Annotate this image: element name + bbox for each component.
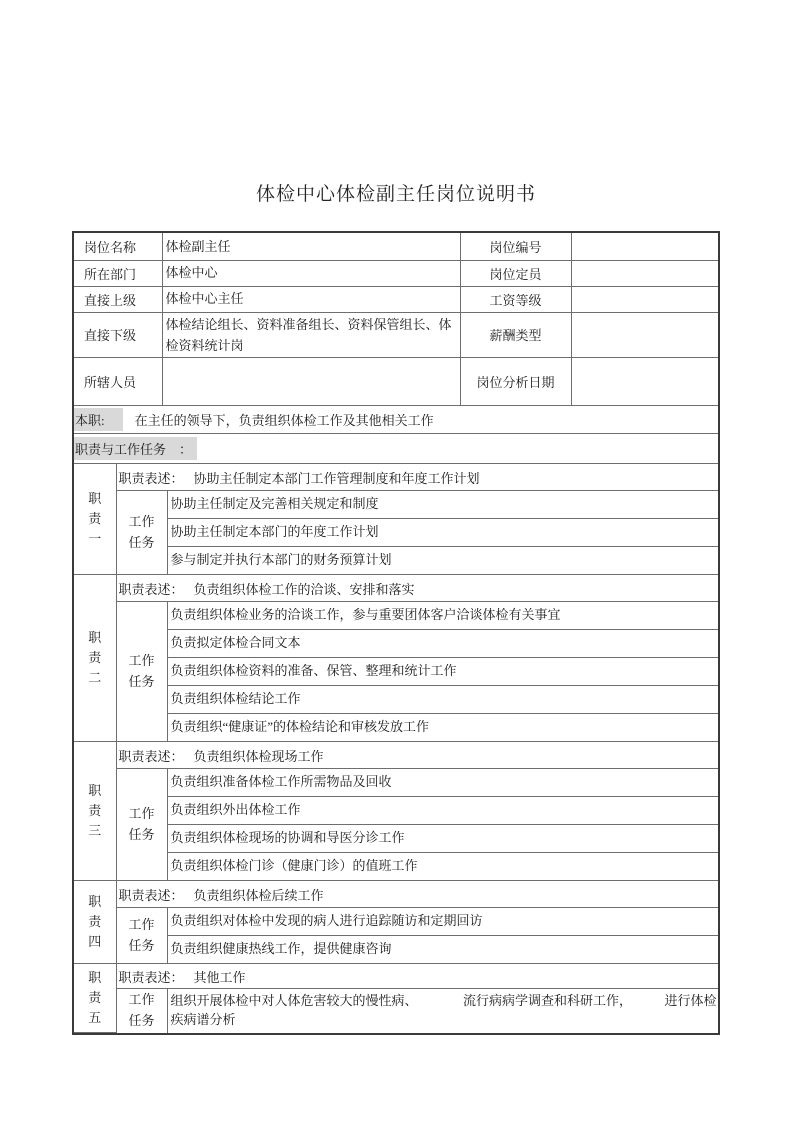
field-label: 薪酬类型 <box>460 312 571 358</box>
field-value <box>571 286 718 312</box>
field-label: 所辖人员 <box>74 358 162 406</box>
duty-3-description-cell: 职责表述：负责组织体检现场工作 <box>116 742 718 769</box>
duty-2-description: 负责组织体检工作的洽谈、安排和落实 <box>194 582 415 597</box>
duty-2-task-label-cell: 工作任务 <box>116 602 167 742</box>
table-row: 工作任务 负责组织对体检中发现的病人进行追踪随访和定期回访 <box>74 908 718 936</box>
table-row: 负责组织外出体检工作 <box>74 797 718 825</box>
table-row: 职责四 职责表述：负责组织体检后续工作 <box>74 881 718 908</box>
field-label: 工资等级 <box>460 286 571 312</box>
duties-table: 职责一 职责表述：协助主任制定本部门工作管理制度和年度工作计划 工作任务 协助主… <box>74 463 718 1033</box>
duties-section-label: 职责与工作任务 ： <box>74 437 197 460</box>
duty-desc-label: 职责表述： <box>119 471 184 486</box>
task-label: 工作任务 <box>127 990 157 1032</box>
field-label: 岗位定员 <box>460 260 571 286</box>
summary-text: 在主任的领导下，负责组织体检工作及其他相关工作 <box>135 410 434 429</box>
duty-3-task: 负责组织体检现场的协调和导医分诊工作 <box>167 825 718 853</box>
field-value: 体检中心 <box>162 260 460 286</box>
field-label: 直接上级 <box>74 286 162 312</box>
table-row: 职责一 职责表述：协助主任制定本部门工作管理制度和年度工作计划 <box>74 464 718 491</box>
table-row: 协助主任制定本部门的年度工作计划 <box>74 519 718 547</box>
field-value: 体检中心主任 <box>162 286 460 312</box>
table-row: 负责组织健康热线工作，提供健康咨询 <box>74 936 718 964</box>
duty-2-label-cell: 职责二 <box>74 575 116 742</box>
duty-2-task: 负责组织体检资料的准备、保管、整理和统计工作 <box>167 658 718 686</box>
duty-4-task-label-cell: 工作任务 <box>116 908 167 964</box>
table-row: 负责组织体检结论工作 <box>74 686 718 714</box>
field-label: 岗位名称 <box>74 233 162 260</box>
duty-1-description: 协助主任制定本部门工作管理制度和年度工作计划 <box>194 471 480 486</box>
table-row: 工作任务 负责组织准备体检工作所需物品及回收 <box>74 769 718 797</box>
field-value <box>571 312 718 358</box>
duty-2-description-cell: 职责表述：负责组织体检工作的洽谈、安排和落实 <box>116 575 718 602</box>
field-label: 直接下级 <box>74 312 162 358</box>
duty-1-label: 职责一 <box>87 489 102 549</box>
duty-5-description-cell: 职责表述：其他工作 <box>116 964 718 989</box>
duty-2-task: 负责拟定体检合同文本 <box>167 630 718 658</box>
field-label: 所在部门 <box>74 260 162 286</box>
table-row: 所在部门 体检中心 岗位定员 <box>74 260 718 286</box>
duty-3-label: 职责三 <box>87 781 102 841</box>
duty-4-label-cell: 职责四 <box>74 881 116 964</box>
duty-1-task: 协助主任制定及完善相关规定和制度 <box>167 491 718 519</box>
task-label: 工作任务 <box>127 915 157 957</box>
job-description-table: 岗位名称 体检副主任 岗位编号 所在部门 体检中心 岗位定员 直接上级 体检中心… <box>72 231 720 1035</box>
field-value: 体检结论组长、资料准备组长、资料保管组长、体检资料统计岗 <box>162 312 460 358</box>
field-value <box>571 260 718 286</box>
duty-5-label: 职责五 <box>87 968 102 1028</box>
task-label: 工作任务 <box>127 651 157 693</box>
duty-3-description: 负责组织体检现场工作 <box>194 749 324 764</box>
table-row: 职责五 职责表述：其他工作 <box>74 964 718 989</box>
duty-3-task: 负责组织外出体检工作 <box>167 797 718 825</box>
duty-3-task-label-cell: 工作任务 <box>116 769 167 881</box>
table-row: 职责二 职责表述：负责组织体检工作的洽谈、安排和落实 <box>74 575 718 602</box>
table-row: 负责拟定体检合同文本 <box>74 630 718 658</box>
field-value <box>162 358 460 406</box>
duty-5-label-cell: 职责五 <box>74 964 116 1033</box>
table-row: 工作任务 组织开展体检中对人体危害较大的慢性病、 流行病病学调查和科研工作， 进… <box>74 989 718 1033</box>
duty-2-task: 负责组织体检业务的洽谈工作，参与重要团体客户洽谈体检有关事宜 <box>167 602 718 630</box>
duties-section-header: 职责与工作任务 ： <box>74 434 718 463</box>
duty-2-task: 负责组织体检结论工作 <box>167 686 718 714</box>
duty-5-task-label-cell: 工作任务 <box>116 989 167 1033</box>
table-row: 负责组织体检门诊（健康门诊）的值班工作 <box>74 853 718 881</box>
task-label: 工作任务 <box>127 512 157 554</box>
duty-desc-label: 职责表述： <box>119 582 184 597</box>
duty-1-task: 协助主任制定本部门的年度工作计划 <box>167 519 718 547</box>
duty-1-task: 参与制定并执行本部门的财务预算计划 <box>167 547 718 575</box>
duty-4-label: 职责四 <box>87 892 102 952</box>
table-row: 职责三 职责表述：负责组织体检现场工作 <box>74 742 718 769</box>
field-value <box>571 358 718 406</box>
table-row: 负责组织体检现场的协调和导医分诊工作 <box>74 825 718 853</box>
table-row: 参与制定并执行本部门的财务预算计划 <box>74 547 718 575</box>
duty-2-label: 职责二 <box>87 628 102 688</box>
table-row: 工作任务 协助主任制定及完善相关规定和制度 <box>74 491 718 519</box>
duty-3-task: 负责组织准备体检工作所需物品及回收 <box>167 769 718 797</box>
duty-3-label-cell: 职责三 <box>74 742 116 881</box>
duty-4-task: 负责组织健康热线工作，提供健康咨询 <box>167 936 718 964</box>
task-label: 工作任务 <box>127 804 157 846</box>
duty-4-task: 负责组织对体检中发现的病人进行追踪随访和定期回访 <box>167 908 718 936</box>
table-row: 所辖人员 岗位分析日期 <box>74 358 718 406</box>
duty-desc-label: 职责表述： <box>119 888 184 903</box>
table-row: 岗位名称 体检副主任 岗位编号 <box>74 233 718 260</box>
field-label: 岗位分析日期 <box>460 358 571 406</box>
table-row: 工作任务 负责组织体检业务的洽谈工作，参与重要团体客户洽谈体检有关事宜 <box>74 602 718 630</box>
duty-1-task-label-cell: 工作任务 <box>116 491 167 575</box>
duty-desc-label: 职责表述： <box>119 749 184 764</box>
duty-1-label-cell: 职责一 <box>74 464 116 575</box>
duty-2-task: 负责组织“健康证”的体检结论和审核发放工作 <box>167 714 718 742</box>
field-label: 岗位编号 <box>460 233 571 260</box>
table-row: 直接上级 体检中心主任 工资等级 <box>74 286 718 312</box>
page-title: 体检中心体检副主任岗位说明书 <box>0 179 792 206</box>
summary-label: 本职: <box>74 408 123 431</box>
table-row: 负责组织“健康证”的体检结论和审核发放工作 <box>74 714 718 742</box>
field-value: 体检副主任 <box>162 233 460 260</box>
document-page: 体检中心体检副主任岗位说明书 岗位名称 体检副主任 岗位编号 所在部门 体检中心… <box>0 0 792 1122</box>
duty-5-description: 其他工作 <box>194 970 246 985</box>
duty-1-description-cell: 职责表述：协助主任制定本部门工作管理制度和年度工作计划 <box>116 464 718 491</box>
duty-4-description: 负责组织体检后续工作 <box>194 888 324 903</box>
duty-5-task: 组织开展体检中对人体危害较大的慢性病、 流行病病学调查和科研工作， 进行体检疾病… <box>167 989 718 1033</box>
duty-4-description-cell: 职责表述：负责组织体检后续工作 <box>116 881 718 908</box>
job-summary-row: 本职: 在主任的领导下，负责组织体检工作及其他相关工作 <box>74 406 718 434</box>
duty-3-task: 负责组织体检门诊（健康门诊）的值班工作 <box>167 853 718 881</box>
position-info-table: 岗位名称 体检副主任 岗位编号 所在部门 体检中心 岗位定员 直接上级 体检中心… <box>74 233 718 406</box>
table-row: 负责组织体检资料的准备、保管、整理和统计工作 <box>74 658 718 686</box>
duty-desc-label: 职责表述： <box>119 970 184 985</box>
field-value <box>571 233 718 260</box>
table-row: 直接下级 体检结论组长、资料准备组长、资料保管组长、体检资料统计岗 薪酬类型 <box>74 312 718 358</box>
